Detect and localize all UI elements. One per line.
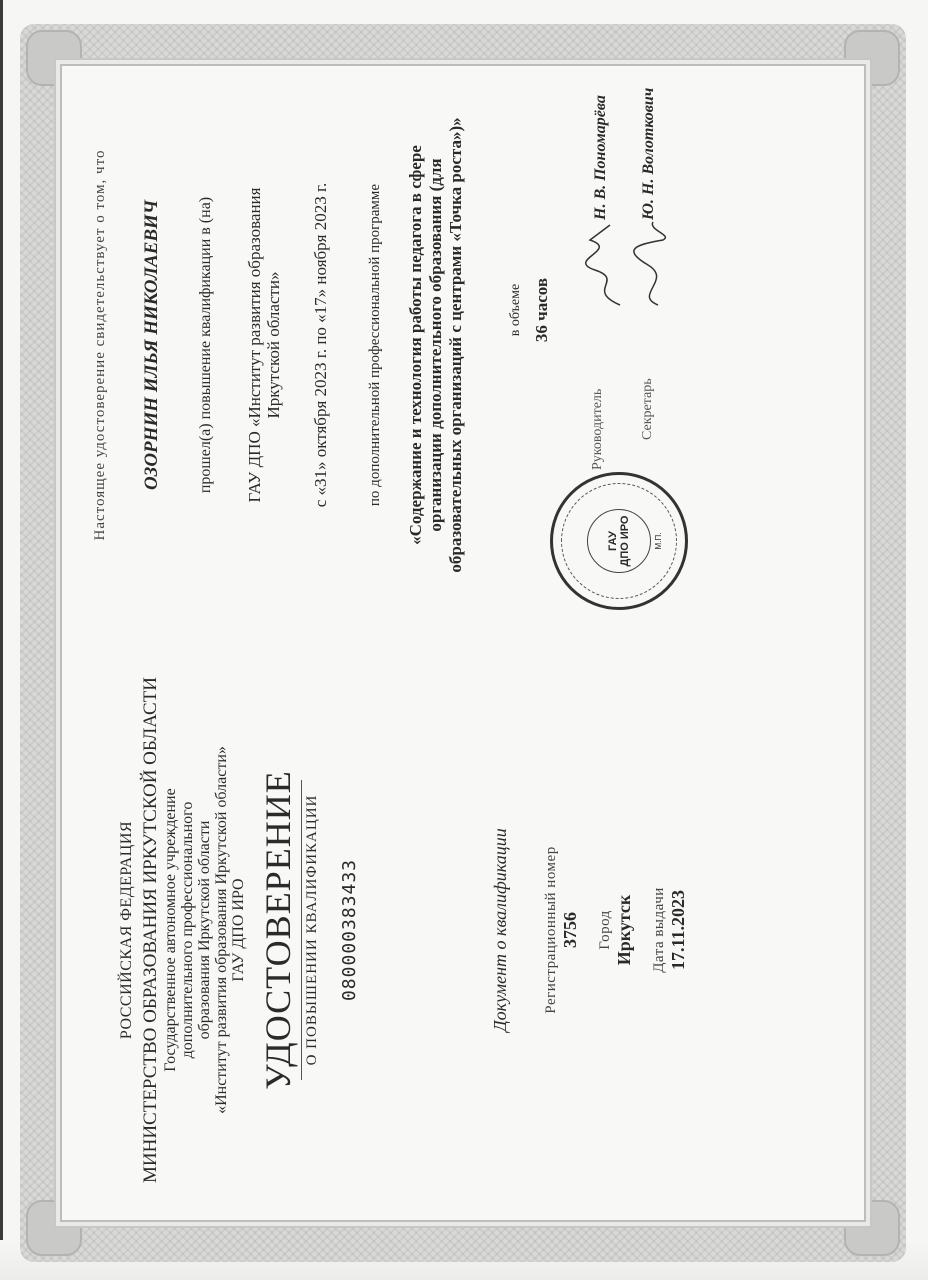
stamp-line: ГАУ: [607, 531, 619, 551]
signatory-name: Н. В. Пономарёва: [592, 95, 610, 220]
issue-date: 17.11.2023: [668, 650, 689, 1210]
title-divider: [301, 780, 302, 1080]
city-value: Иркутск: [614, 650, 635, 1210]
city-label: Город: [597, 650, 614, 1210]
org-line: образования Иркутской области: [196, 650, 213, 1210]
org-line: Государственное автономное учреждение: [162, 650, 179, 1210]
stamp-line: ДПО ИРО: [619, 516, 631, 567]
document-subtitle: О ПОВЫШЕНИИ КВАЛИФИКАЦИИ: [304, 650, 321, 1210]
content-page: Настоящее удостоверение свидетельствует …: [60, 60, 868, 630]
holder-name: ОЗОРНИН ИЛЬЯ НИКОЛАЕВИЧ: [141, 60, 163, 630]
intro-text: Настоящее удостоверение свидетельствует …: [92, 60, 109, 630]
stamp-mp: М.П.: [654, 533, 663, 550]
volume-value: 36 часов: [532, 250, 552, 370]
signatory-name: Ю. Н. Волоткович: [640, 88, 658, 220]
org-line: «Институт развития образования Иркутской…: [213, 650, 230, 1210]
volume-block: в объеме 36 часов: [508, 250, 552, 370]
document-title: УДОСТОВЕРЕНИЕ: [259, 650, 297, 1210]
training-organization: ГАУ ДПО «Институт развития образования И…: [245, 60, 283, 630]
org-line: ГАУ ДПО «Институт развития образования: [245, 60, 264, 630]
program-label: по дополнительной профессиональной прогр…: [367, 60, 384, 630]
training-dates: с «31» октября 2023 г. по «17» ноября 20…: [311, 60, 331, 630]
passed-text: прошел(а) повышение квалификации в (на): [197, 60, 215, 630]
ministry-heading: МИНИСТЕРСТВО ОБРАЗОВАНИЯ ИРКУТСКОЙ ОБЛАС…: [140, 650, 162, 1210]
program-line: «Содержание и технология работы педагога…: [406, 66, 426, 624]
program-line: организации дополнительного образования …: [426, 66, 446, 624]
signatory-role: Секретарь: [640, 378, 656, 440]
certificate-sheet: РОССИЙСКАЯ ФЕДЕРАЦИЯ МИНИСТЕРСТВО ОБРАЗО…: [0, 0, 928, 1280]
country-heading: РОССИЙСКАЯ ФЕДЕРАЦИЯ: [118, 650, 136, 1210]
cover-page: РОССИЙСКАЯ ФЕДЕРАЦИЯ МИНИСТЕРСТВО ОБРАЗО…: [60, 650, 868, 1210]
signature-icon: [580, 220, 630, 310]
stamp-core: ГАУ ДПО ИРО: [587, 509, 651, 573]
registration-number: 3756: [560, 650, 581, 1210]
volume-label: в объеме: [508, 250, 524, 370]
org-line: Иркутской области»: [264, 60, 283, 630]
document-type: Документ о квалификации: [490, 650, 511, 1210]
org-line: дополнительного профессионального: [179, 650, 196, 1210]
signature-area: в объеме 36 часов ГАУ ДПО ИРО М.П. Руков…: [510, 70, 710, 610]
signature-icon: [628, 220, 678, 310]
issuing-organization: Государственное автономное учреждение до…: [162, 650, 247, 1210]
program-line: образовательных организаций с центрами «…: [446, 66, 466, 624]
signatory-role: Руководитель: [590, 389, 606, 470]
issue-date-label: Дата выдачи: [651, 650, 668, 1210]
official-stamp-icon: ГАУ ДПО ИРО М.П.: [550, 472, 688, 610]
program-title: «Содержание и технология работы педагога…: [406, 60, 466, 630]
serial-number: 080000383433: [339, 650, 360, 1210]
org-line: ГАУ ДПО ИРО: [230, 650, 247, 1210]
registration-label: Регистрационный номер: [543, 650, 560, 1210]
